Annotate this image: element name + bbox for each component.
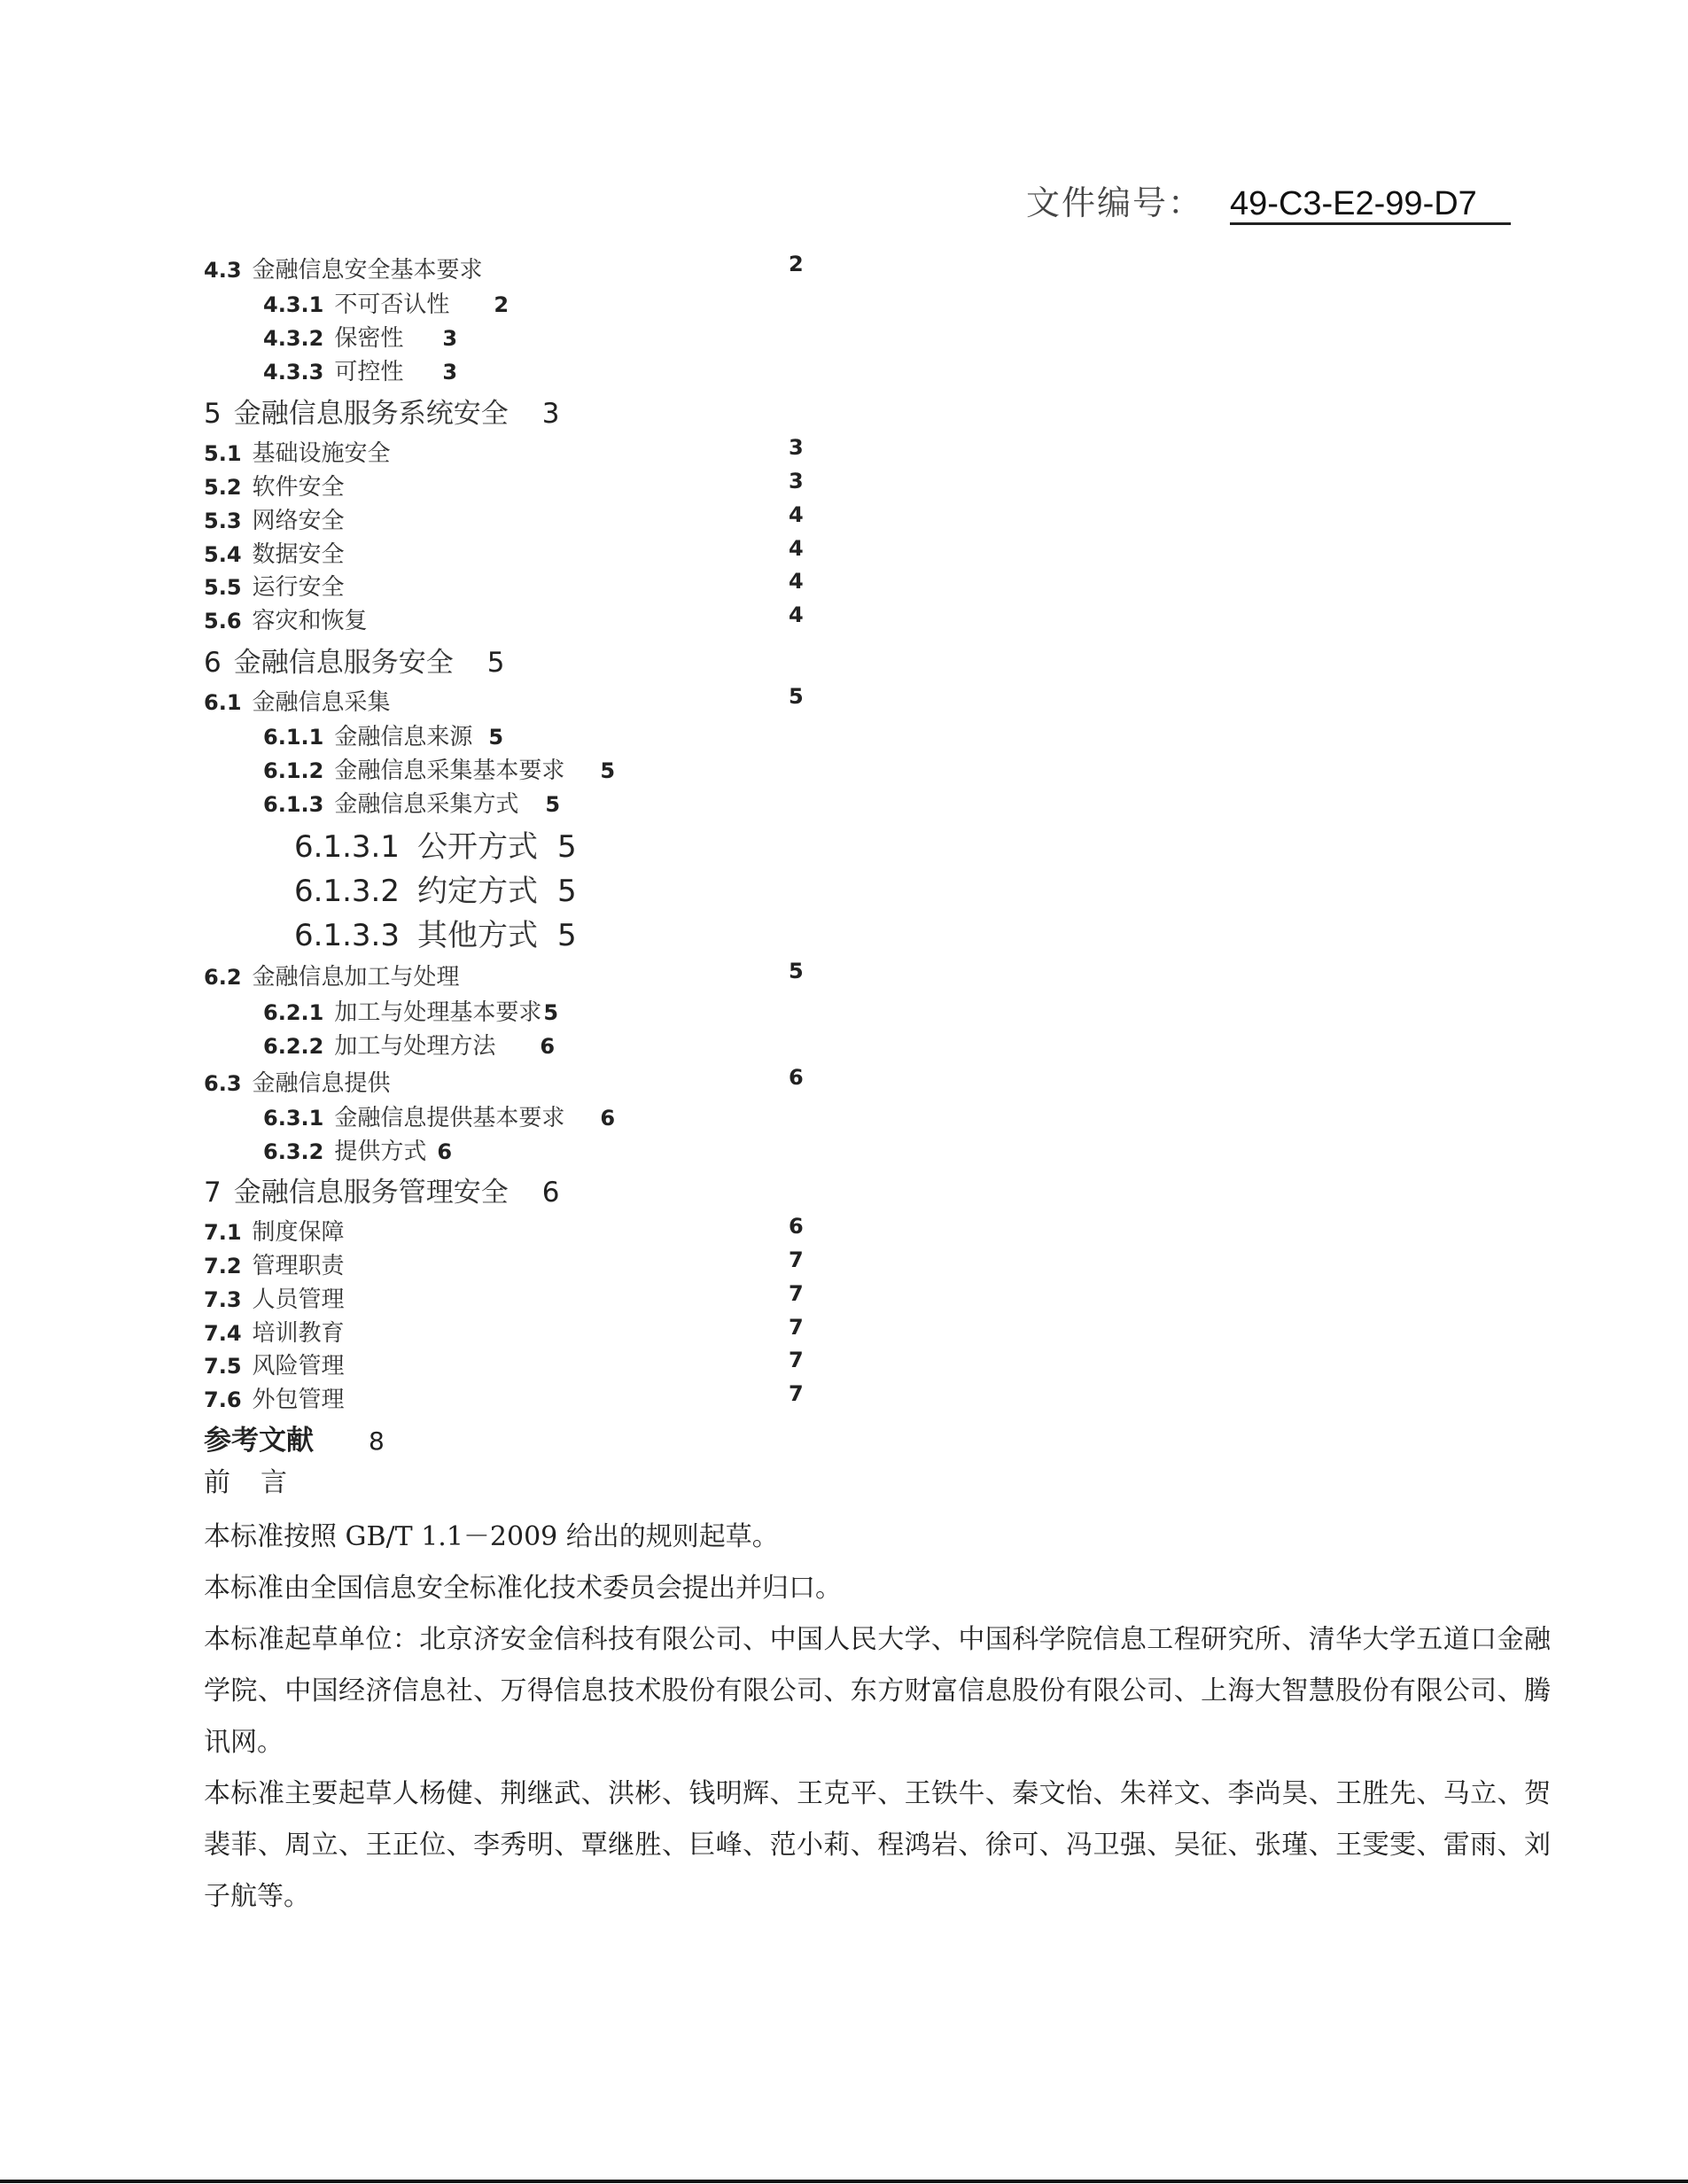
toc-entry-page: 3 [789, 435, 804, 460]
toc-entry[interactable]: 7.4 培训教育 7 [204, 1315, 345, 1348]
document-number-label: 文件编号： [1026, 175, 1203, 224]
toc-entry-title: 约定方式 [417, 867, 538, 910]
toc-entry-title: 培训教育 [253, 1315, 345, 1348]
toc-entry-page: 5 [789, 684, 804, 709]
toc-entry[interactable]: 5.3 网络安全 4 [204, 502, 345, 535]
preface-body: 本标准按照 GB/T 1.1－2009 给出的规则起草。 本标准由全国信息安全标… [204, 1512, 1551, 1923]
toc-entry-page: 4 [789, 502, 804, 527]
toc-entry-number: 7.5 [204, 1354, 242, 1379]
toc-entry-number: 6.3.1 [263, 1106, 323, 1131]
toc-entry-title: 网络安全 [253, 502, 345, 535]
toc-entry[interactable]: 6.1.3.1 公开方式 5 [294, 822, 577, 866]
toc-entry-references[interactable]: 参考文献 8 [204, 1418, 385, 1457]
toc-entry[interactable]: 6.1 金融信息采集 5 [204, 684, 391, 717]
toc-entry-page: 5 [545, 792, 560, 817]
toc-entry-page: 6 [600, 1106, 615, 1131]
toc-entry[interactable]: 5.5 运行安全 4 [204, 569, 345, 602]
preface-paragraph: 本标准起草单位：北京济安金信科技有限公司、中国人民大学、中国科学院信息工程研究所… [204, 1614, 1551, 1768]
toc-entry-number: 6.1.3 [263, 792, 323, 817]
toc-entry-title: 加工与处理基本要求 [334, 994, 541, 1027]
toc-entry-number: 7 [204, 1177, 222, 1209]
toc-entry-title: 保密性 [334, 320, 403, 353]
toc-entry-title: 加工与处理方法 [334, 1028, 495, 1061]
toc-entry[interactable]: 4.3.2 保密性 3 [263, 320, 457, 353]
toc-entry[interactable]: 7.3 人员管理 7 [204, 1281, 345, 1314]
toc-entry-number: 4.3.2 [263, 326, 323, 351]
toc-entry-number: 6.1.3.1 [294, 829, 400, 865]
toc-entry-page: 7 [789, 1281, 804, 1306]
toc-entry-number: 6.2 [204, 965, 242, 990]
toc-entry[interactable]: 6.3.2 提供方式 6 [263, 1133, 452, 1166]
toc-entry[interactable]: 6.1.1 金融信息来源 5 [263, 719, 503, 751]
toc-entry-number: 5.6 [204, 609, 242, 633]
toc-entry-page: 3 [442, 326, 457, 351]
preface-title: 前言 [204, 1460, 317, 1499]
toc-entry[interactable]: 4.3.3 可控性 3 [263, 354, 457, 386]
toc-entry-page: 8 [369, 1426, 385, 1456]
toc-entry-title: 参考文献 [204, 1418, 314, 1457]
toc-entry-number: 7.3 [204, 1287, 242, 1312]
toc-entry-title: 金融信息提供 [253, 1065, 391, 1098]
toc-entry[interactable]: 6.3 金融信息提供 6 [204, 1065, 391, 1098]
toc-entry-title: 可控性 [334, 354, 403, 386]
toc-entry[interactable]: 5.1 基础设施安全 3 [204, 435, 391, 468]
toc-entry[interactable]: 6.1.3 金融信息采集方式 5 [263, 786, 560, 819]
toc-entry-number: 5.5 [204, 575, 242, 600]
toc-entry-title: 金融信息加工与处理 [253, 959, 460, 991]
toc-entry-page: 5 [557, 829, 577, 865]
toc-entry-title: 金融信息采集方式 [334, 786, 518, 819]
toc-entry-page: 7 [789, 1315, 804, 1340]
toc-entry-title: 不可否认性 [334, 286, 449, 319]
toc-entry-number: 7.6 [204, 1387, 242, 1412]
toc-entry[interactable]: 7.1 制度保障 6 [204, 1214, 345, 1247]
toc-entry[interactable]: 6.1.2 金融信息采集基本要求 5 [263, 752, 615, 785]
toc-entry-number: 5.4 [204, 542, 242, 567]
toc-entry-page: 3 [442, 360, 457, 385]
toc-entry-number: 5.1 [204, 441, 242, 466]
toc-entry-title: 运行安全 [253, 569, 345, 602]
toc-entry-number: 4.3.1 [263, 292, 323, 317]
preface-paragraph: 本标准主要起草人杨健、荆继武、洪彬、钱明辉、王克平、王铁牛、秦文怡、朱祥文、李尚… [204, 1768, 1551, 1923]
toc-entry-number: 7.4 [204, 1321, 242, 1346]
toc-entry[interactable]: 6.2 金融信息加工与处理 5 [204, 959, 460, 991]
toc-entry-page: 2 [789, 252, 804, 276]
toc-entry[interactable]: 5 金融信息服务系统安全 3 [204, 391, 559, 431]
toc-entry-number: 6.1 [204, 690, 242, 715]
toc-entry-page: 7 [789, 1348, 804, 1372]
toc-entry-number: 5 [204, 398, 222, 430]
toc-entry-page: 5 [488, 725, 503, 750]
toc-entry-page: 4 [789, 602, 804, 627]
toc-entry-page: 5 [600, 758, 615, 783]
toc-entry[interactable]: 4.3.1 不可否认性 2 [263, 286, 509, 319]
toc-entry[interactable]: 6 金融信息服务安全 5 [204, 640, 504, 680]
page-bottom-border [0, 2180, 1688, 2183]
toc-entry[interactable]: 7 金融信息服务管理安全 6 [204, 1170, 559, 1209]
toc-entry-title: 制度保障 [253, 1214, 345, 1247]
toc-entry-page: 7 [789, 1381, 804, 1406]
toc-entry[interactable]: 5.4 数据安全 4 [204, 536, 345, 569]
toc-entry-title: 软件安全 [253, 469, 345, 501]
document-number: 文件编号： 49-C3-E2-99-D7 [1026, 175, 1511, 220]
toc-entry-page: 5 [557, 874, 577, 909]
toc-entry-number: 6.1.3.3 [294, 918, 400, 953]
toc-entry[interactable]: 7.2 管理职责 7 [204, 1247, 345, 1280]
toc-entry-page: 6 [540, 1034, 555, 1059]
toc-entry-title: 人员管理 [253, 1281, 345, 1314]
toc-entry-number: 6.3 [204, 1071, 242, 1096]
toc-entry-title: 金融信息服务安全 [234, 640, 454, 680]
toc-entry-title: 外包管理 [253, 1381, 345, 1414]
toc-entry-title: 容灾和恢复 [253, 602, 368, 635]
toc-entry-title: 金融信息采集基本要求 [334, 752, 564, 785]
toc-entry-title: 提供方式 [334, 1133, 426, 1166]
toc-entry-page: 5 [543, 1000, 558, 1025]
toc-entry[interactable]: 5.6 容灾和恢复 4 [204, 602, 368, 635]
toc-entry-page: 4 [789, 536, 804, 561]
toc-entry[interactable]: 6.1.3.2 约定方式 5 [294, 867, 577, 910]
toc-entry-number: 6.1.2 [263, 758, 323, 783]
toc-entry[interactable]: 7.5 风险管理 7 [204, 1348, 345, 1380]
toc-entry-title: 金融信息服务系统安全 [234, 391, 509, 431]
toc-entry-title: 其他方式 [417, 911, 538, 954]
toc-entry-number: 7.1 [204, 1220, 242, 1245]
toc-entry[interactable]: 6.3.1 金融信息提供基本要求 6 [263, 1100, 615, 1132]
toc-entry-number: 4.3 [204, 258, 242, 283]
toc-entry-title: 管理职责 [253, 1247, 345, 1280]
toc-entry-number: 7.2 [204, 1254, 242, 1279]
toc-entry-title: 金融信息安全基本要求 [253, 252, 483, 284]
preface-paragraph: 本标准按照 GB/T 1.1－2009 给出的规则起草。 [204, 1512, 1551, 1563]
toc-entry[interactable]: 6.2.1 加工与处理基本要求 5 [263, 994, 558, 1027]
toc-entry-number: 5.2 [204, 475, 242, 500]
preface-paragraph: 本标准由全国信息安全标准化技术委员会提出并归口。 [204, 1563, 1551, 1614]
toc-entry-page: 2 [494, 292, 509, 317]
toc-entry-title: 数据安全 [253, 536, 345, 569]
toc-entry-page: 5 [487, 647, 505, 679]
toc-entry-title: 金融信息服务管理安全 [234, 1170, 509, 1209]
toc-entry-title: 金融信息来源 [334, 719, 472, 751]
toc-entry[interactable]: 4.3 金融信息安全基本要求 2 [204, 252, 483, 284]
toc-entry[interactable]: 7.6 外包管理 7 [204, 1381, 345, 1414]
toc-entry[interactable]: 6.1.3.3 其他方式 5 [294, 911, 577, 954]
toc-entry-title: 基础设施安全 [253, 435, 391, 468]
toc-entry-page: 5 [557, 918, 577, 953]
toc-entry-page: 6 [542, 1177, 560, 1209]
toc-entry-page: 6 [789, 1065, 804, 1090]
toc-entry-page: 6 [789, 1214, 804, 1239]
document-number-value: 49-C3-E2-99-D7 [1230, 185, 1511, 225]
toc-entry-page: 3 [789, 469, 804, 494]
toc-entry-page: 5 [789, 959, 804, 983]
toc-entry-number: 6.2.1 [263, 1000, 323, 1025]
toc-entry[interactable]: 6.2.2 加工与处理方法 6 [263, 1028, 555, 1061]
toc-entry-page: 6 [437, 1139, 452, 1164]
toc-entry-title: 金融信息提供基本要求 [334, 1100, 564, 1132]
toc-entry-number: 4.3.3 [263, 360, 323, 385]
toc-entry-page: 3 [542, 398, 560, 430]
toc-entry-page: 7 [789, 1247, 804, 1272]
toc-entry-page: 4 [789, 569, 804, 594]
toc-entry-title: 公开方式 [417, 822, 538, 866]
toc-entry-number: 6.1.1 [263, 725, 323, 750]
toc-entry-number: 5.3 [204, 509, 242, 533]
toc-entry[interactable]: 5.2 软件安全 3 [204, 469, 345, 501]
toc-entry-number: 6 [204, 647, 222, 679]
toc-entry-title: 金融信息采集 [253, 684, 391, 717]
toc-entry-number: 6.3.2 [263, 1139, 323, 1164]
toc-entry-number: 6.2.2 [263, 1034, 323, 1059]
toc-entry-title: 风险管理 [253, 1348, 345, 1380]
toc-entry-number: 6.1.3.2 [294, 874, 400, 909]
